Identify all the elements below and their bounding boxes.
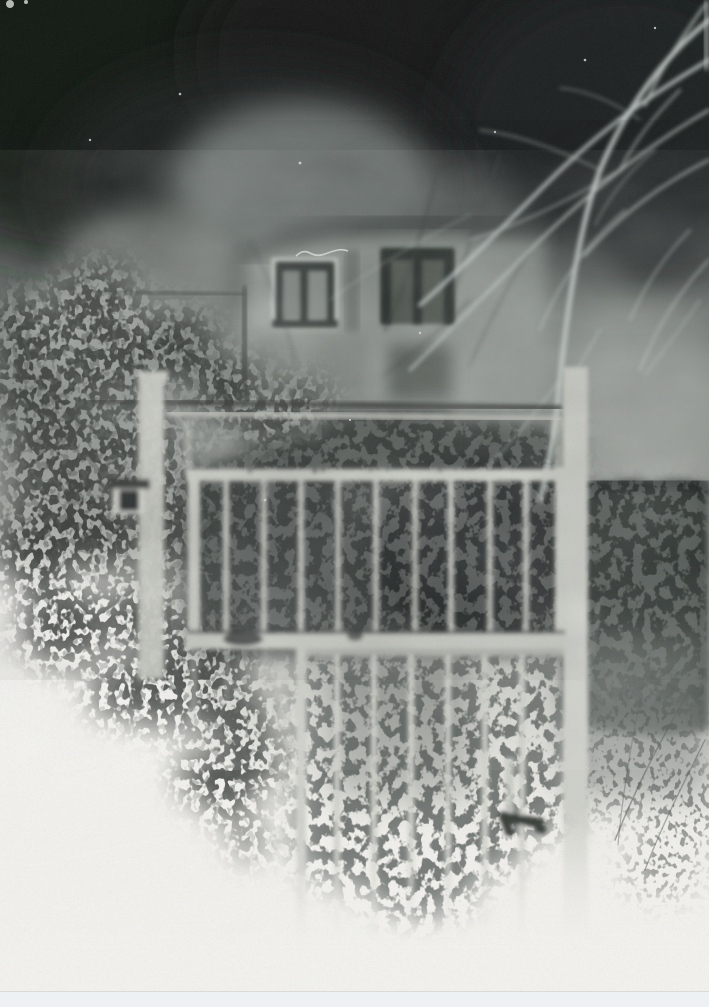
scan-edge-strip <box>0 992 709 1007</box>
scanned-photo-negative <box>0 0 709 1007</box>
film-grain <box>0 0 709 1007</box>
negative-photo-canvas <box>0 0 709 1007</box>
